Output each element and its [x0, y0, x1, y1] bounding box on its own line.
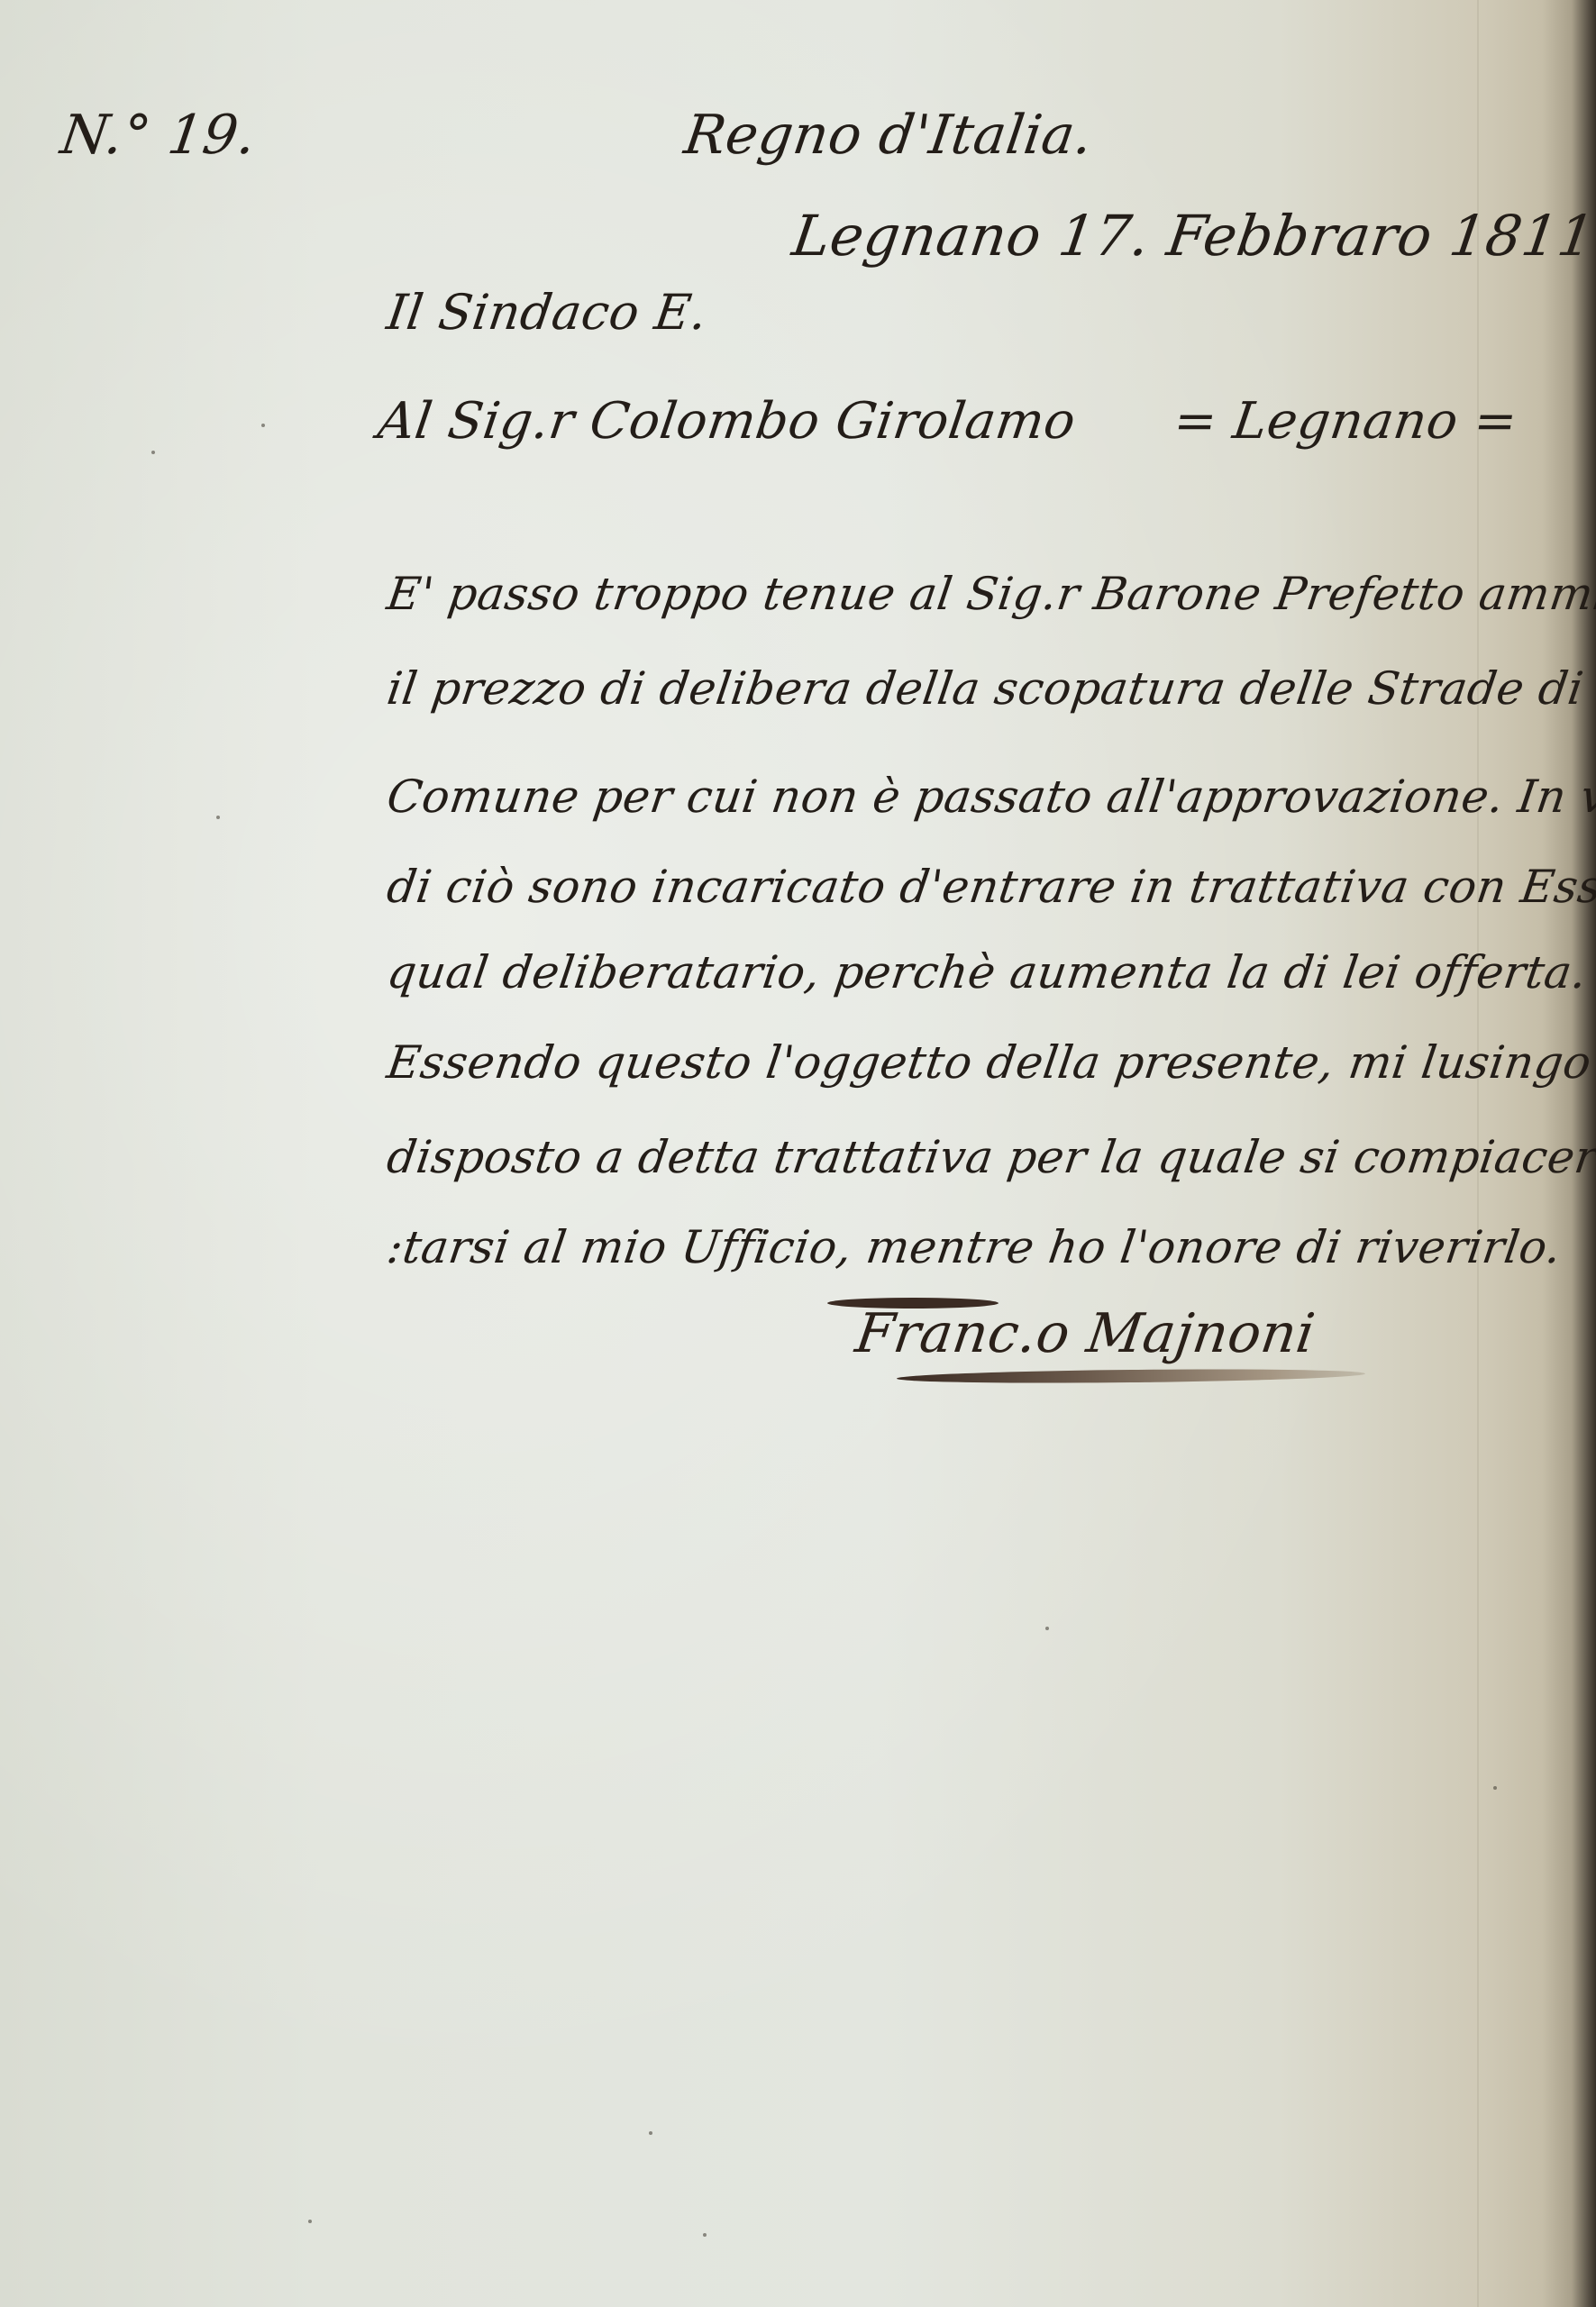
addressee-place: = Legnano =: [1170, 392, 1520, 451]
body-line: disposto a detta trattativa per la quale…: [384, 1131, 1596, 1183]
body-line: qual deliberatario, perchè aumenta la di…: [384, 946, 1591, 998]
addressee-line: Al Sig.r Colombo Girolamo= Legnano =: [374, 392, 1521, 451]
paper-speck: [151, 451, 155, 454]
body-line: di ciò sono incaricato d'entrare in trat…: [384, 861, 1596, 913]
sender-line: Il Sindaco E.: [384, 284, 711, 341]
signature: Franc.o Majnoni: [852, 1302, 1318, 1365]
paper-speck: [308, 2220, 312, 2223]
paper-speck: [216, 816, 220, 819]
addressee-name: Al Sig.r Colombo Girolamo: [374, 392, 1079, 451]
paper-speck: [649, 2131, 652, 2135]
body-line: E' passo troppo tenue al Sig.r Barone Pr…: [384, 568, 1596, 620]
place-and-date: Legnano 17. Febbraro 1811.: [789, 203, 1596, 269]
body-line: Comune per cui non è passato all'approva…: [384, 771, 1596, 823]
document-number: N.° 19.: [57, 104, 260, 167]
body-line: il prezzo di delibera della scopatura de…: [384, 662, 1596, 715]
paper-speck: [1045, 1627, 1049, 1630]
paper-speck: [1493, 1786, 1497, 1790]
body-line: Essendo questo l'oggetto della presente,…: [384, 1036, 1596, 1089]
paper-speck: [703, 2233, 707, 2237]
paper-speck: [261, 424, 265, 427]
document-heading: Regno d'Italia.: [680, 104, 1097, 167]
body-line: :tarsi al mio Ufficio, mentre ho l'onore…: [384, 1221, 1564, 1273]
manuscript-page: N.° 19. Regno d'Italia. Legnano 17. Febb…: [0, 0, 1596, 2307]
signature-flourish-underline: [897, 1367, 1365, 1384]
